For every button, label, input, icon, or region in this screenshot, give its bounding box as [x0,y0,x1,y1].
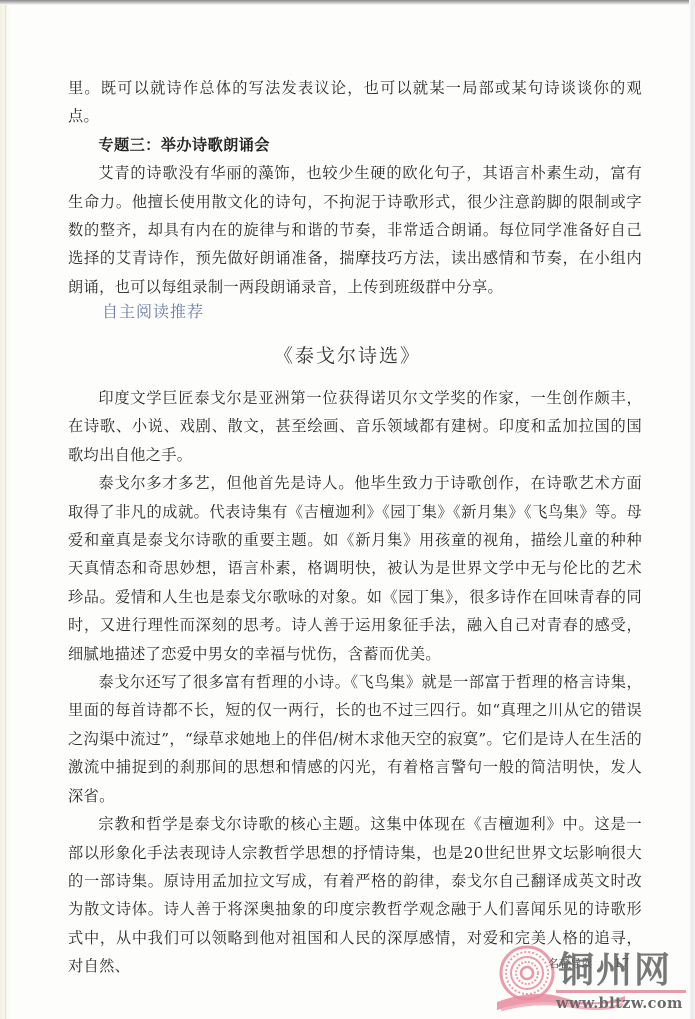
topic-heading: 专题三：举办诗歌朗诵会 [68,131,642,159]
book-title: 《泰戈尔诗选》 [0,341,695,368]
watermark-url: www.bltzw.com [556,995,683,1012]
page-top-edge [0,0,695,5]
watermark-site-name: 铜州网 [558,942,672,993]
page-binding-edge [0,5,10,1019]
paragraph: 印度文学巨匠泰戈尔是亚洲第一位获得诺贝尔文学奖的作家，一生创作颇丰，在诗歌、小说… [68,384,642,469]
upper-text-block: 里。既可以就诗作总体的写法发表议论，也可以就某一局部或某句诗谈谈你的观点。 专题… [68,74,642,301]
paragraph: 泰戈尔多才多艺，但他首先是诗人。他毕生致力于诗歌创作，在诗歌艺术方面取得了非凡的… [68,469,642,668]
recommendation-text-block: 印度文学巨匠泰戈尔是亚洲第一位获得诺贝尔文学奖的作家，一生创作颇丰，在诗歌、小说… [68,384,642,981]
page-right-edge [689,0,695,1019]
paragraph: 泰戈尔还写了很多富有哲理的小诗。《飞鸟集》就是一部富于哲理的格言诗集，里面的每首… [68,668,642,810]
watermark-underline [556,990,686,993]
topic-body-paragraph: 艾青的诗歌没有华丽的藻饰，也较少生硬的欧化句子，其语言朴素生动，富有生命力。他擅… [68,159,642,301]
paragraph-continuation: 里。既可以就诗作总体的写法发表议论，也可以就某一局部或某句诗谈谈你的观点。 [68,74,642,131]
section-title: 自主阅读推荐 [102,299,204,322]
